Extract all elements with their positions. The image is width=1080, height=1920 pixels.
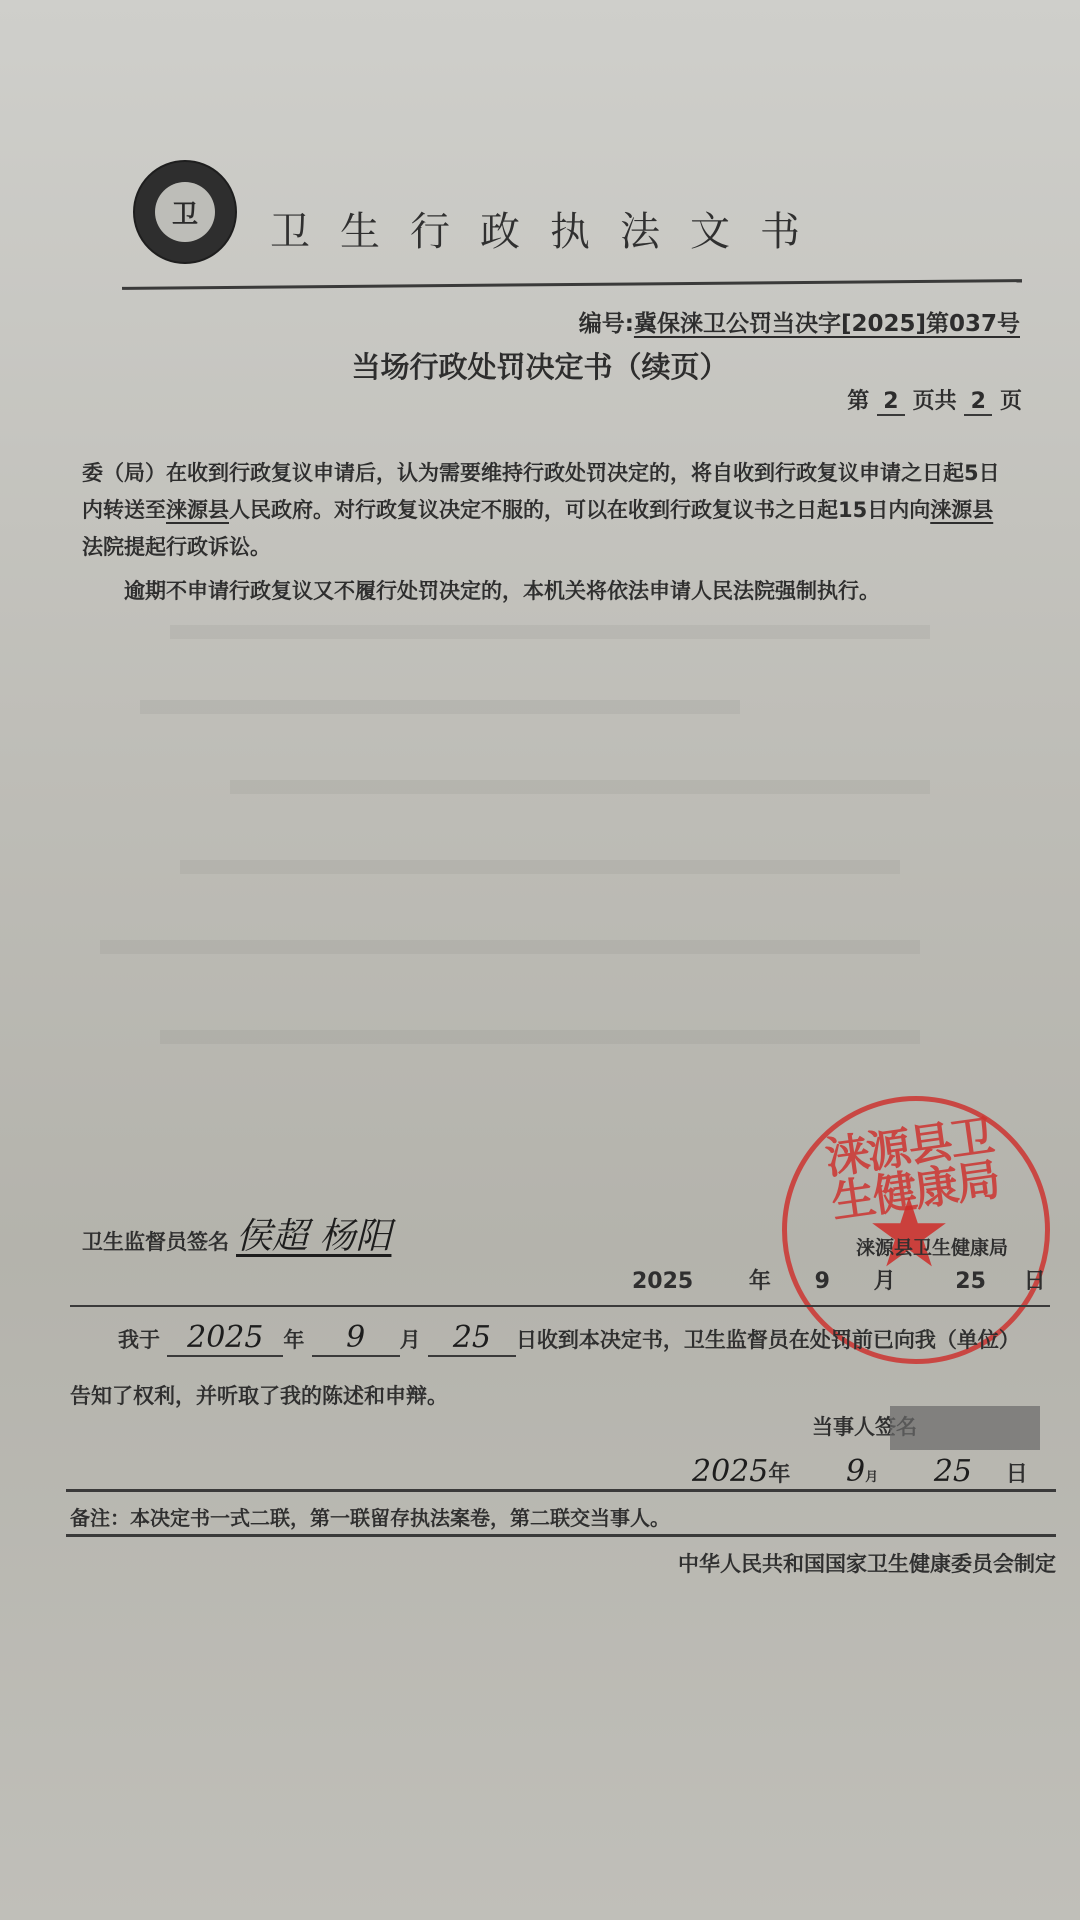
note-rule-bottom [66,1534,1056,1537]
show-through-line [230,780,930,794]
show-through-line [100,940,920,954]
receipt-month-field: 9 [312,1320,400,1357]
show-through-line [180,860,900,874]
page-total: 2 [964,389,992,416]
footer-note: 备注：本决定书一式二联，第一联留存执法案卷，第二联交当事人。 [70,1502,670,1531]
inspector-signature-label: 卫生监督员签名 [82,1226,229,1256]
page-indicator: 第 2 页共 2 页 [847,384,1022,416]
body-paragraph-2: 逾期不申请行政复议又不履行处罚决定的，本机关将依法申请人民法院强制执行。 [82,573,1012,610]
page-current: 2 [877,389,905,416]
document-title: 当场行政处罚决定书（续页） [0,345,1080,386]
series-title: 卫生行政执法文书 [270,200,830,257]
county-name: 涞源县 [166,498,229,522]
redacted-party-signature [890,1406,1040,1450]
body-paragraph-1: 委（局）在收到行政复议申请后，认为需要维持行政处罚决定的，将自收到行政复议申请之… [82,455,1012,566]
header-rule [122,279,1022,290]
receipt-line-1: 我于 2025年 9月 25日收到本决定书，卫生监督员在处罚前已向我（单位） [118,1320,1020,1357]
county-name: 涞源县 [930,498,993,522]
show-through-line [160,1030,920,1044]
emblem-center: 卫 [155,182,215,242]
agency-name: 涞源县卫生健康局 [856,1233,1008,1260]
document-number: 编号:冀保涞卫公罚当决字[2025]第037号 [579,305,1020,338]
note-rule-top [66,1489,1056,1492]
section-rule [70,1305,1050,1307]
document-number-value: 冀保涞卫公罚当决字[2025]第037号 [634,311,1020,337]
issuer-text: 中华人民共和国国家卫生健康委员会制定 [678,1548,1056,1578]
receipt-year-field: 2025 [167,1320,283,1357]
show-through-line [170,625,930,639]
receipt-line-2: 告知了权利，并听取了我的陈述和申辩。 [70,1380,448,1410]
document-number-label: 编号: [579,311,634,337]
show-through-line [140,700,740,714]
agency-date: 2025 年 9 月 25 日 [632,1264,1046,1295]
inspector-signatures: 侯超 杨阳 [236,1208,391,1259]
party-date: 2025年 9月 25 日 [692,1454,1028,1489]
emblem-icon: 卫 [133,160,237,264]
receipt-day-field: 25 [428,1320,516,1357]
